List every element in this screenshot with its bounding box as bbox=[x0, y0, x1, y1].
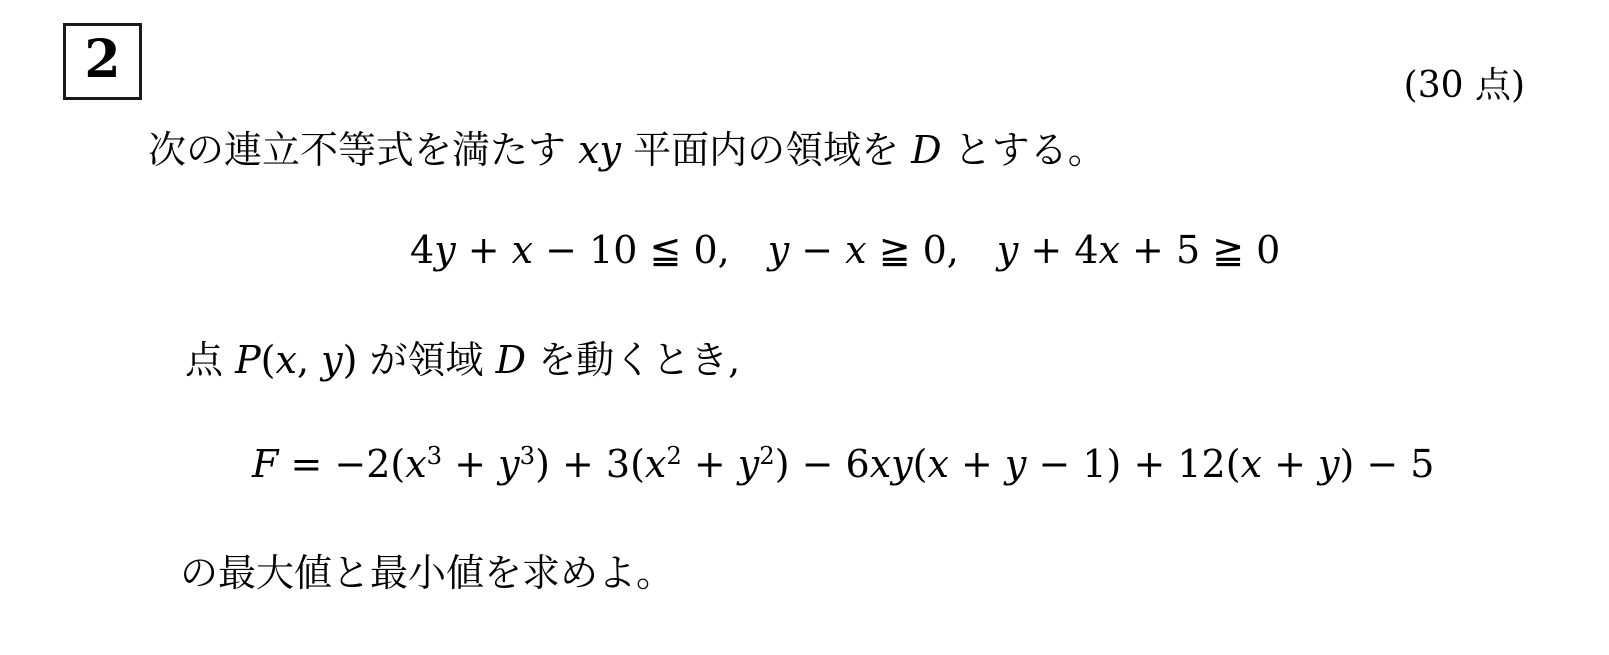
text-segment: + 4 bbox=[1018, 228, 1098, 272]
text-segment: x bbox=[1241, 442, 1262, 486]
text-segment: + bbox=[1262, 442, 1318, 486]
text-segment: ≧ 0, bbox=[867, 228, 997, 272]
text-segment: y bbox=[321, 338, 342, 382]
text-segment: を動くとき, bbox=[526, 338, 740, 382]
objective-function-formula: F = −2(x3 + y3) + 3(x2 + y2) − 6xy(x + y… bbox=[252, 442, 1434, 488]
text-segment: y bbox=[434, 228, 455, 272]
text-segment: ) − 5 bbox=[1339, 442, 1434, 486]
text-segment: y bbox=[997, 228, 1018, 272]
text-segment: − bbox=[789, 228, 845, 272]
text-segment: y bbox=[498, 442, 519, 486]
text-segment: D bbox=[911, 128, 941, 172]
text-segment: P bbox=[235, 338, 261, 382]
text-segment: + bbox=[949, 442, 1005, 486]
text-segment: + bbox=[442, 442, 498, 486]
text-segment: x bbox=[845, 228, 866, 272]
text-segment: + bbox=[456, 228, 512, 272]
text-segment: 2 bbox=[759, 441, 774, 470]
text-segment: = −2( bbox=[278, 442, 405, 486]
text-segment: 3 bbox=[427, 441, 442, 470]
text-segment: D bbox=[496, 338, 526, 382]
text-segment: ) が領域 bbox=[343, 338, 496, 382]
text-segment: + bbox=[682, 442, 738, 486]
text-segment: F bbox=[252, 442, 278, 486]
text-segment: y bbox=[738, 442, 759, 486]
exam-page: 2 (30 点) 次の連立不等式を満たす xy 平面内の領域を D とする。 4… bbox=[0, 0, 1609, 655]
text-segment: ) + 3( bbox=[535, 442, 645, 486]
question-sentence: の最大値と最小値を求めよ。 bbox=[180, 551, 674, 597]
text-segment: 3 bbox=[520, 441, 535, 470]
intro-sentence: 次の連立不等式を満たす xy 平面内の領域を D とする。 bbox=[148, 128, 1106, 174]
text-segment: y bbox=[1318, 442, 1339, 486]
problem-number-box: 2 bbox=[63, 23, 142, 100]
text-segment: y bbox=[768, 228, 789, 272]
text-segment: y bbox=[1005, 442, 1026, 486]
text-segment: ) − 6 bbox=[775, 442, 870, 486]
text-segment: xy bbox=[578, 128, 621, 172]
text-segment: の最大値と最小値を求めよ。 bbox=[180, 551, 674, 595]
text-segment: とする。 bbox=[942, 128, 1106, 172]
problem-number: 2 bbox=[84, 34, 120, 86]
text-segment: 2 bbox=[666, 441, 681, 470]
text-segment: ( bbox=[913, 442, 928, 486]
text-segment: x bbox=[1099, 228, 1120, 272]
text-segment: 4 bbox=[410, 228, 434, 272]
text-segment: − 10 ≦ 0, bbox=[533, 228, 768, 272]
text-segment: x bbox=[645, 442, 666, 486]
text-segment: x bbox=[276, 338, 297, 382]
text-segment: − 1) + 12( bbox=[1026, 442, 1240, 486]
points-label: (30 点) bbox=[1404, 64, 1525, 107]
text-segment: , bbox=[297, 338, 321, 382]
text-segment: x bbox=[927, 442, 948, 486]
text-segment: + 5 ≧ 0 bbox=[1120, 228, 1280, 272]
text-segment: ( bbox=[261, 338, 276, 382]
text-segment: xy bbox=[870, 442, 913, 486]
text-segment: 次の連立不等式を満たす bbox=[148, 128, 578, 172]
text-segment: x bbox=[512, 228, 533, 272]
point-condition-sentence: 点 P(x, y) が領域 D を動くとき, bbox=[185, 338, 740, 384]
text-segment: 点 bbox=[185, 338, 235, 382]
text-segment: 平面内の領域を bbox=[621, 128, 911, 172]
text-segment: x bbox=[405, 442, 426, 486]
inequality-system: 4y + x − 10 ≦ 0, y − x ≧ 0, y + 4x + 5 ≧… bbox=[410, 228, 1280, 274]
